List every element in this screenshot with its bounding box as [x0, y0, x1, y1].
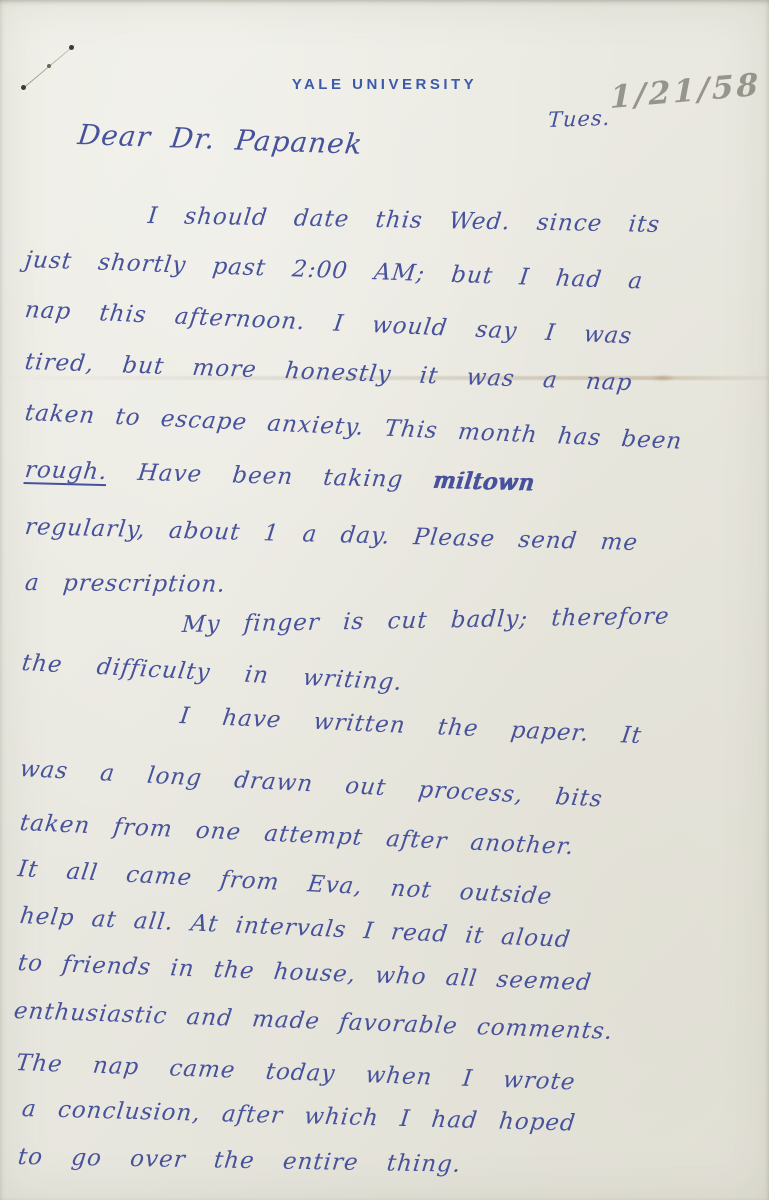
handwritten-line: help at all. At intervals I read it alou… [18, 903, 572, 953]
salutation: Dear Dr. Papanek [76, 118, 365, 161]
overwritten-word: miltown [432, 468, 536, 497]
handwritten-line: nap this afternoon. I would say I was [23, 297, 633, 349]
handwritten-text: Have been taking [136, 460, 404, 493]
handwritten-line: to go over the entire thing. [17, 1144, 463, 1178]
pinhole-dot [47, 64, 51, 68]
handwritten-line: tired, but more honestly it was a nap [23, 349, 634, 396]
handwritten-line: a conclusion, after which I had hoped [21, 1096, 578, 1136]
handwritten-line: It all came from Eva, not outside [16, 856, 554, 910]
handwritten-line: was a long drawn out process, bits [18, 756, 604, 812]
handwritten-line: a prescription. [24, 570, 227, 598]
handwritten-line: The nap came today when I wrote [14, 1050, 577, 1095]
handwritten-line: I have written the paper. It [178, 703, 643, 749]
handwritten-line: taken from one attempt after another. [18, 810, 576, 860]
handwritten-line: enthusiastic and made favorable comments… [12, 998, 614, 1045]
date-day: Tues. [547, 106, 611, 132]
underlined-word: rough. [24, 457, 109, 485]
letter-page: YALE UNIVERSITY Tues. 1/21/58 Dear Dr. P… [0, 0, 769, 1200]
date-value: 1/21/58 [610, 67, 761, 116]
handwritten-line: My finger is cut badly; therefore [181, 603, 670, 638]
crease-stain [650, 375, 676, 381]
pinhole-dot [69, 45, 74, 50]
handwritten-line: to friends in the house, who all seemed [16, 950, 593, 996]
handwritten-line: I should date this Wed. since its [147, 203, 662, 238]
handwritten-line: just shortly past 2:00 AM; but I had a [23, 247, 644, 294]
handwritten-line: regularly, about 1 a day. Please send me [24, 514, 640, 556]
handwritten-line: taken to escape anxiety. This month has … [23, 400, 684, 455]
handwritten-line: the difficulty in writing. [20, 650, 404, 696]
handwritten-line: rough. Have been taking miltown [24, 457, 537, 496]
